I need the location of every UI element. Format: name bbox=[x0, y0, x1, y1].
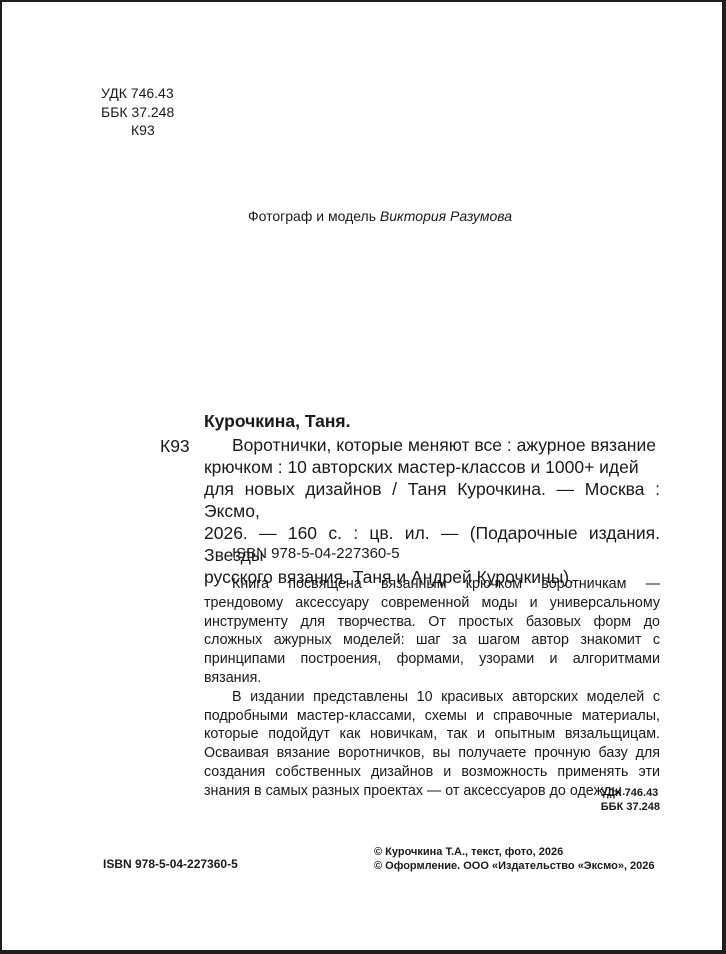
copyright-block: © Курочкина Т.А., текст, фото, 2026 © Оф… bbox=[374, 845, 655, 873]
isbn-catalog: ISBN 978-5-04-227360-5 bbox=[232, 545, 400, 562]
author-mark: К93 bbox=[101, 121, 174, 140]
biblio-line: крючком : 10 авторских мастер-классов и … bbox=[204, 456, 660, 478]
biblio-line: для новых дизайнов / Таня Курочкина. — М… bbox=[204, 478, 660, 522]
photo-credit-name: Виктория Разумова bbox=[380, 208, 512, 224]
footer-udk: УДК 746.43 bbox=[601, 786, 660, 800]
footer-bbk: ББК 37.248 bbox=[601, 800, 660, 814]
copyright-line: © Оформление. ООО «Издательство «Эксмо»,… bbox=[374, 859, 655, 873]
abstract-paragraph: В издании представлены 10 красивых автор… bbox=[204, 688, 660, 801]
copyright-line: © Курочкина Т.А., текст, фото, 2026 bbox=[374, 845, 655, 859]
photo-credit: Фотограф и модель Виктория Разумова bbox=[248, 208, 512, 224]
imprint-page: УДК 746.43 ББК 37.248 К93 Фотограф и мод… bbox=[2, 2, 722, 950]
footer-isbn: ISBN 978-5-04-227360-5 bbox=[103, 857, 238, 871]
photo-credit-label: Фотограф и модель bbox=[248, 208, 380, 224]
udk-code: УДК 746.43 bbox=[101, 84, 174, 103]
abstract-paragraph: Книга посвящена вязанным крючком воротни… bbox=[204, 575, 660, 688]
classification-codes: УДК 746.43 ББК 37.248 К93 bbox=[101, 84, 174, 140]
bbk-code: ББК 37.248 bbox=[101, 103, 174, 122]
author-heading: Курочкина, Таня. bbox=[204, 411, 350, 432]
book-abstract: Книга посвящена вязанным крючком воротни… bbox=[204, 575, 660, 801]
bibliographic-description: Воротнички, которые меняют все : ажурное… bbox=[204, 434, 660, 588]
biblio-line: Воротнички, которые меняют все : ажурное… bbox=[204, 434, 660, 456]
footer-classification: УДК 746.43 ББК 37.248 bbox=[601, 786, 660, 814]
catalog-author-mark: К93 bbox=[160, 436, 190, 457]
